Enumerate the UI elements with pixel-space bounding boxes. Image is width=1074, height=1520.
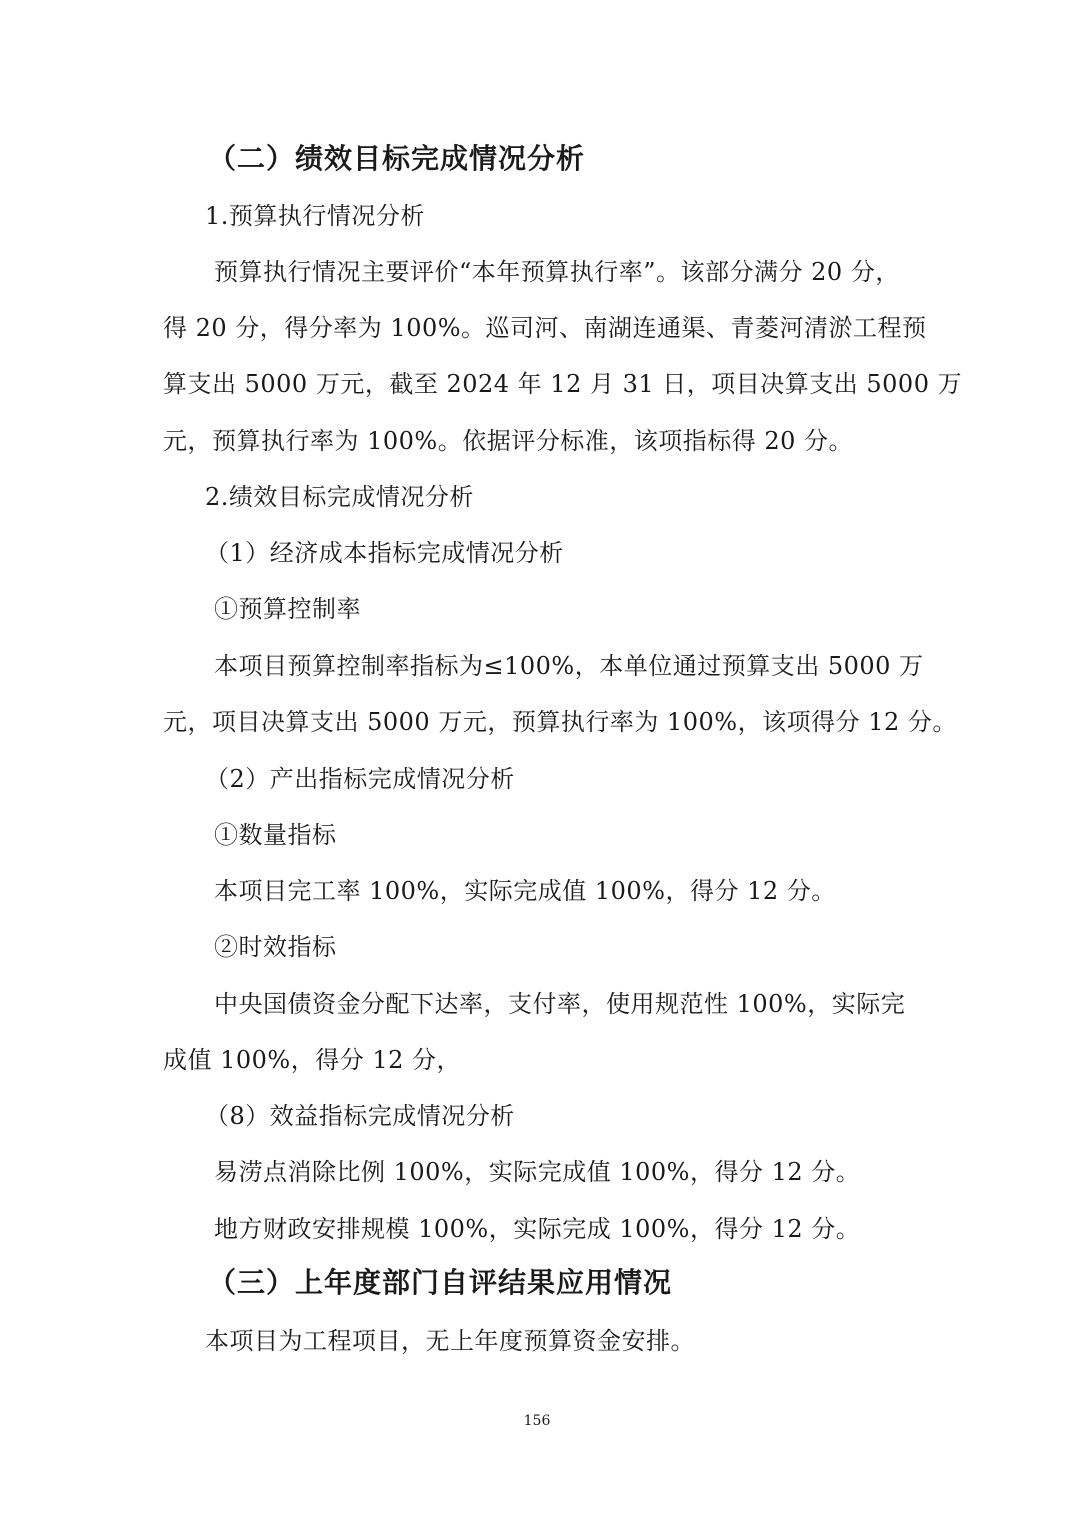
section-heading-self-evaluation: （三）上年度部门自评结果应用情况 [208, 1266, 672, 1300]
paragraph-line: 成值 100%，得分 12 分， [163, 1045, 461, 1075]
subheading-performance-goal: 2.绩效目标完成情况分析 [205, 482, 474, 512]
paragraph-line: 预算执行情况主要评价“本年预算执行率”。该部分满分 20 分， [214, 257, 900, 287]
item-heading-timeliness: ②时效指标 [214, 932, 337, 962]
paragraph-line: 元，项目决算支出 5000 万元，预算执行率为 100%，该项得分 12 分。 [163, 707, 957, 737]
item-heading-quantity: ①数量指标 [214, 820, 337, 850]
paragraph-line: 地方财政安排规模 100%，实际完成 100%，得分 12 分。 [214, 1214, 860, 1244]
paragraph-line: 算支出 5000 万元，截至 2024 年 12 月 31 日，项目决算支出 5… [163, 369, 962, 399]
paragraph-line: 本项目完工率 100%，实际完成值 100%，得分 12 分。 [214, 876, 836, 906]
paragraph-line: 中央国债资金分配下达率，支付率，使用规范性 100%，实际完 [214, 989, 905, 1019]
paragraph-line: 元，预算执行率为 100%。依据评分标准，该项指标得 20 分。 [163, 426, 853, 456]
subheading-economic-cost: （1）经济成本指标完成情况分析 [205, 538, 564, 568]
paragraph-line: 本项目为工程项目，无上年度预算资金安排。 [205, 1326, 695, 1356]
paragraph-line: 易涝点消除比例 100%，实际完成值 100%，得分 12 分。 [214, 1157, 860, 1187]
page-number: 156 [0, 1413, 1074, 1429]
paragraph-line: 本项目预算控制率指标为≤100%，本单位通过预算支出 5000 万 [214, 651, 924, 681]
paragraph-line: 得 20 分，得分率为 100%。巡司河、南湖连通渠、青菱河清淤工程预 [163, 313, 927, 343]
subheading-output: （2）产出指标完成情况分析 [205, 764, 515, 794]
subheading-benefit: （8）效益指标完成情况分析 [205, 1101, 515, 1131]
section-heading-performance-analysis: （二）绩效目标完成情况分析 [208, 142, 585, 176]
subheading-budget-execution: 1.预算执行情况分析 [205, 201, 425, 231]
item-heading-budget-control: ①预算控制率 [214, 594, 361, 624]
